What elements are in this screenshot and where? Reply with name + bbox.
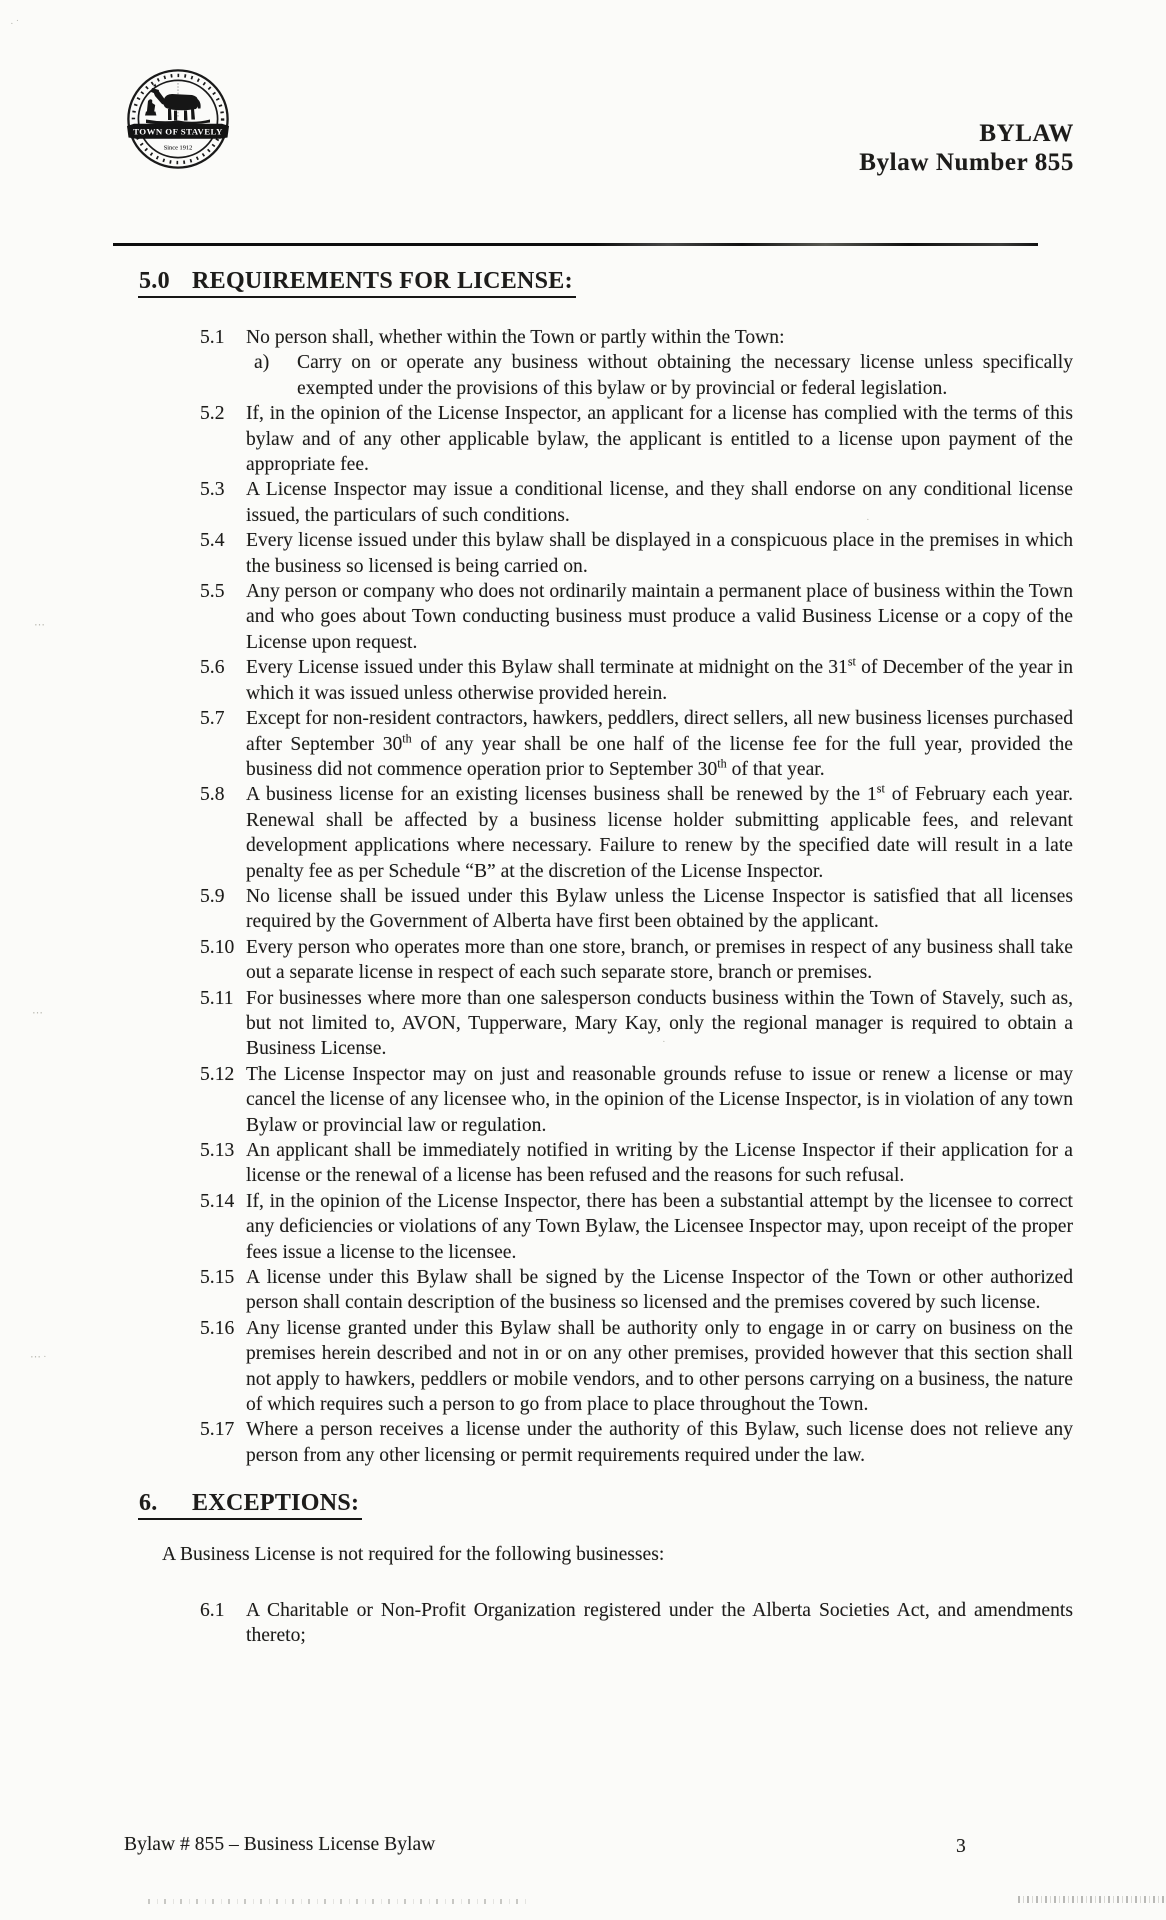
item-number: 5.11 [200,986,246,1062]
item-paragraph: Every person who operates more than one … [246,935,1073,986]
section-heading-requirements: 5.0REQUIREMENTS FOR LICENSE: [138,268,1166,298]
item-text: Every license issued under this bylaw sh… [246,528,1073,579]
page-number: 3 [956,1836,966,1858]
item-paragraph: A business license for an existing licen… [246,782,1073,884]
item-number: 5.9 [200,884,246,935]
item-text: A License Inspector may issue a conditio… [246,477,1073,528]
bylaw-item: 5.13An applicant shall be immediately no… [200,1138,1073,1189]
bylaw-item: 5.17Where a person receives a license un… [200,1417,1073,1468]
footer-document-label: Bylaw # 855 – Business License Bylaw [124,1834,435,1856]
document-title-block: BYLAW Bylaw Number 855 [859,119,1074,177]
scan-noise: · [662,1036,668,1048]
section-number: 6. [139,1490,192,1517]
item-number: 5.4 [200,528,246,579]
item-number: 5.1 [200,325,246,401]
item-number: 5.12 [200,1062,246,1138]
item-text: Any license granted under this Bylaw sha… [246,1316,1073,1418]
scan-noise: ⋯ [32,1006,45,1019]
bylaw-item: 5.6Every License issued under this Bylaw… [200,655,1073,706]
exceptions-intro-text: A Business License is not required for t… [162,1542,1073,1567]
item-paragraph: If, in the opinion of the License Inspec… [246,401,1073,477]
bylaw-item: 5.8A business license for an existing li… [200,782,1073,884]
item-number: 5.7 [200,706,246,782]
item-paragraph: Any person or company who does not ordin… [246,579,1073,655]
item-text: Every person who operates more than one … [246,935,1073,986]
item-text: No license shall be issued under this By… [246,884,1073,935]
seal-banner: TOWN OF STAVELY [127,124,229,139]
item-number: 5.5 [200,579,246,655]
item-paragraph: A Charitable or Non-Profit Organization … [246,1598,1073,1649]
scan-noise-strip [148,1899,528,1904]
item-number: 5.14 [200,1189,246,1265]
bylaw-item: 5.14If, in the opinion of the License In… [200,1189,1073,1265]
item-text: The License Inspector may on just and re… [246,1062,1073,1138]
item-paragraph: A License Inspector may issue a conditio… [246,477,1073,528]
item-text: Every License issued under this Bylaw sh… [246,655,1073,706]
seal-graphic: TOWN OF STAVELY Since 1912 [126,68,230,170]
item-number: 5.10 [200,935,246,986]
item-text: For businesses where more than one sales… [246,986,1073,1062]
item-paragraph: Every license issued under this bylaw sh… [246,528,1073,579]
item-paragraph: Every License issued under this Bylaw sh… [246,655,1073,706]
bylaw-item: 5.12The License Inspector may on just an… [200,1062,1073,1138]
item-paragraph: Where a person receives a license under … [246,1417,1073,1468]
town-of-stavely-seal-logo: TOWN OF STAVELY Since 1912 [126,68,230,170]
document-body: 5.0REQUIREMENTS FOR LICENSE: 5.1No perso… [0,268,1166,1649]
seal-banner-text: TOWN OF STAVELY [133,127,223,137]
item-text: A business license for an existing licen… [246,782,1073,884]
bylaw-item: 5.5Any person or company who does not or… [200,579,1073,655]
bylaw-item: 5.16Any license granted under this Bylaw… [200,1316,1073,1418]
item-paragraph: No license shall be issued under this By… [246,884,1073,935]
scan-noise: ⋯· [30,1350,49,1363]
bylaw-item: 5.11For businesses where more than one s… [200,986,1073,1062]
section-heading-text: 5.0REQUIREMENTS FOR LICENSE: [138,268,576,298]
item-text: A Charitable or Non-Profit Organization … [246,1598,1073,1649]
section-heading-exceptions: 6.EXCEPTIONS: [138,1490,1166,1520]
item-paragraph: For businesses where more than one sales… [246,986,1073,1062]
scan-noise: ⋯ [34,618,47,631]
item-number: 5.2 [200,401,246,477]
exceptions-items-list: 6.1A Charitable or Non-Profit Organizati… [200,1598,1073,1649]
item-text: An applicant shall be immediately notifi… [246,1138,1073,1189]
subitem-text: Carry on or operate any business without… [297,350,1073,401]
bylaw-item: 5.10Every person who operates more than … [200,935,1073,986]
scan-noise-strip [1018,1896,1166,1903]
section-number: 5.0 [139,268,192,295]
subitem-number: a) [254,350,297,401]
section-title: REQUIREMENTS FOR LICENSE: [192,268,573,294]
item-paragraph: An applicant shall be immediately notifi… [246,1138,1073,1189]
bylaw-item: 5.2If, in the opinion of the License Ins… [200,401,1073,477]
document-page: TOWN OF STAVELY Since 1912 BYLAW Bylaw N… [0,0,1166,1920]
item-paragraph: Any license granted under this Bylaw sha… [246,1316,1073,1418]
item-number: 5.17 [200,1417,246,1468]
item-paragraph: If, in the opinion of the License Inspec… [246,1189,1073,1265]
item-paragraph: The License Inspector may on just and re… [246,1062,1073,1138]
item-number: 5.8 [200,782,246,884]
item-paragraph: Except for non-resident contractors, haw… [246,706,1073,782]
item-text: Where a person receives a license under … [246,1417,1073,1468]
item-text: Any person or company who does not ordin… [246,579,1073,655]
horse-scene-icon [145,84,210,125]
item-text: A license under this Bylaw shall be sign… [246,1265,1073,1316]
item-number: 6.1 [200,1598,246,1649]
item-number: 5.13 [200,1138,246,1189]
item-number: 5.16 [200,1316,246,1418]
item-number: 5.15 [200,1265,246,1316]
item-text: Except for non-resident contractors, haw… [246,706,1073,782]
bylaw-item: 5.9No license shall be issued under this… [200,884,1073,935]
item-text: If, in the opinion of the License Inspec… [246,401,1073,477]
bylaw-item: 6.1A Charitable or Non-Profit Organizati… [200,1598,1073,1649]
item-paragraph: A license under this Bylaw shall be sign… [246,1265,1073,1316]
bylaw-item: 5.7Except for non-resident contractors, … [200,706,1073,782]
document-title: BYLAW [859,119,1074,148]
item-number: 5.3 [200,477,246,528]
bylaw-item: 5.1No person shall, whether within the T… [200,325,1073,401]
scan-noise: · [866,514,872,526]
bylaw-item: 5.3A License Inspector may issue a condi… [200,477,1073,528]
seal-since-text: Since 1912 [164,145,193,152]
item-text: If, in the opinion of the License Inspec… [246,1189,1073,1265]
bylaw-item: 5.15A license under this Bylaw shall be … [200,1265,1073,1316]
section-title: EXCEPTIONS: [192,1490,359,1516]
item-number: 5.6 [200,655,246,706]
document-subtitle: Bylaw Number 855 [859,148,1074,177]
bylaw-item: 5.4Every license issued under this bylaw… [200,528,1073,579]
section-heading-text: 6.EXCEPTIONS: [138,1490,362,1520]
bylaw-subitem: a)Carry on or operate any business witho… [254,350,1073,401]
item-text: No person shall, whether within the Town… [246,325,1073,401]
requirements-items-list: 5.1No person shall, whether within the T… [200,325,1073,1468]
item-paragraph: No person shall, whether within the Town… [246,325,1073,350]
scan-noise: ·˙ [10,18,21,30]
header-divider-line [113,243,1038,246]
